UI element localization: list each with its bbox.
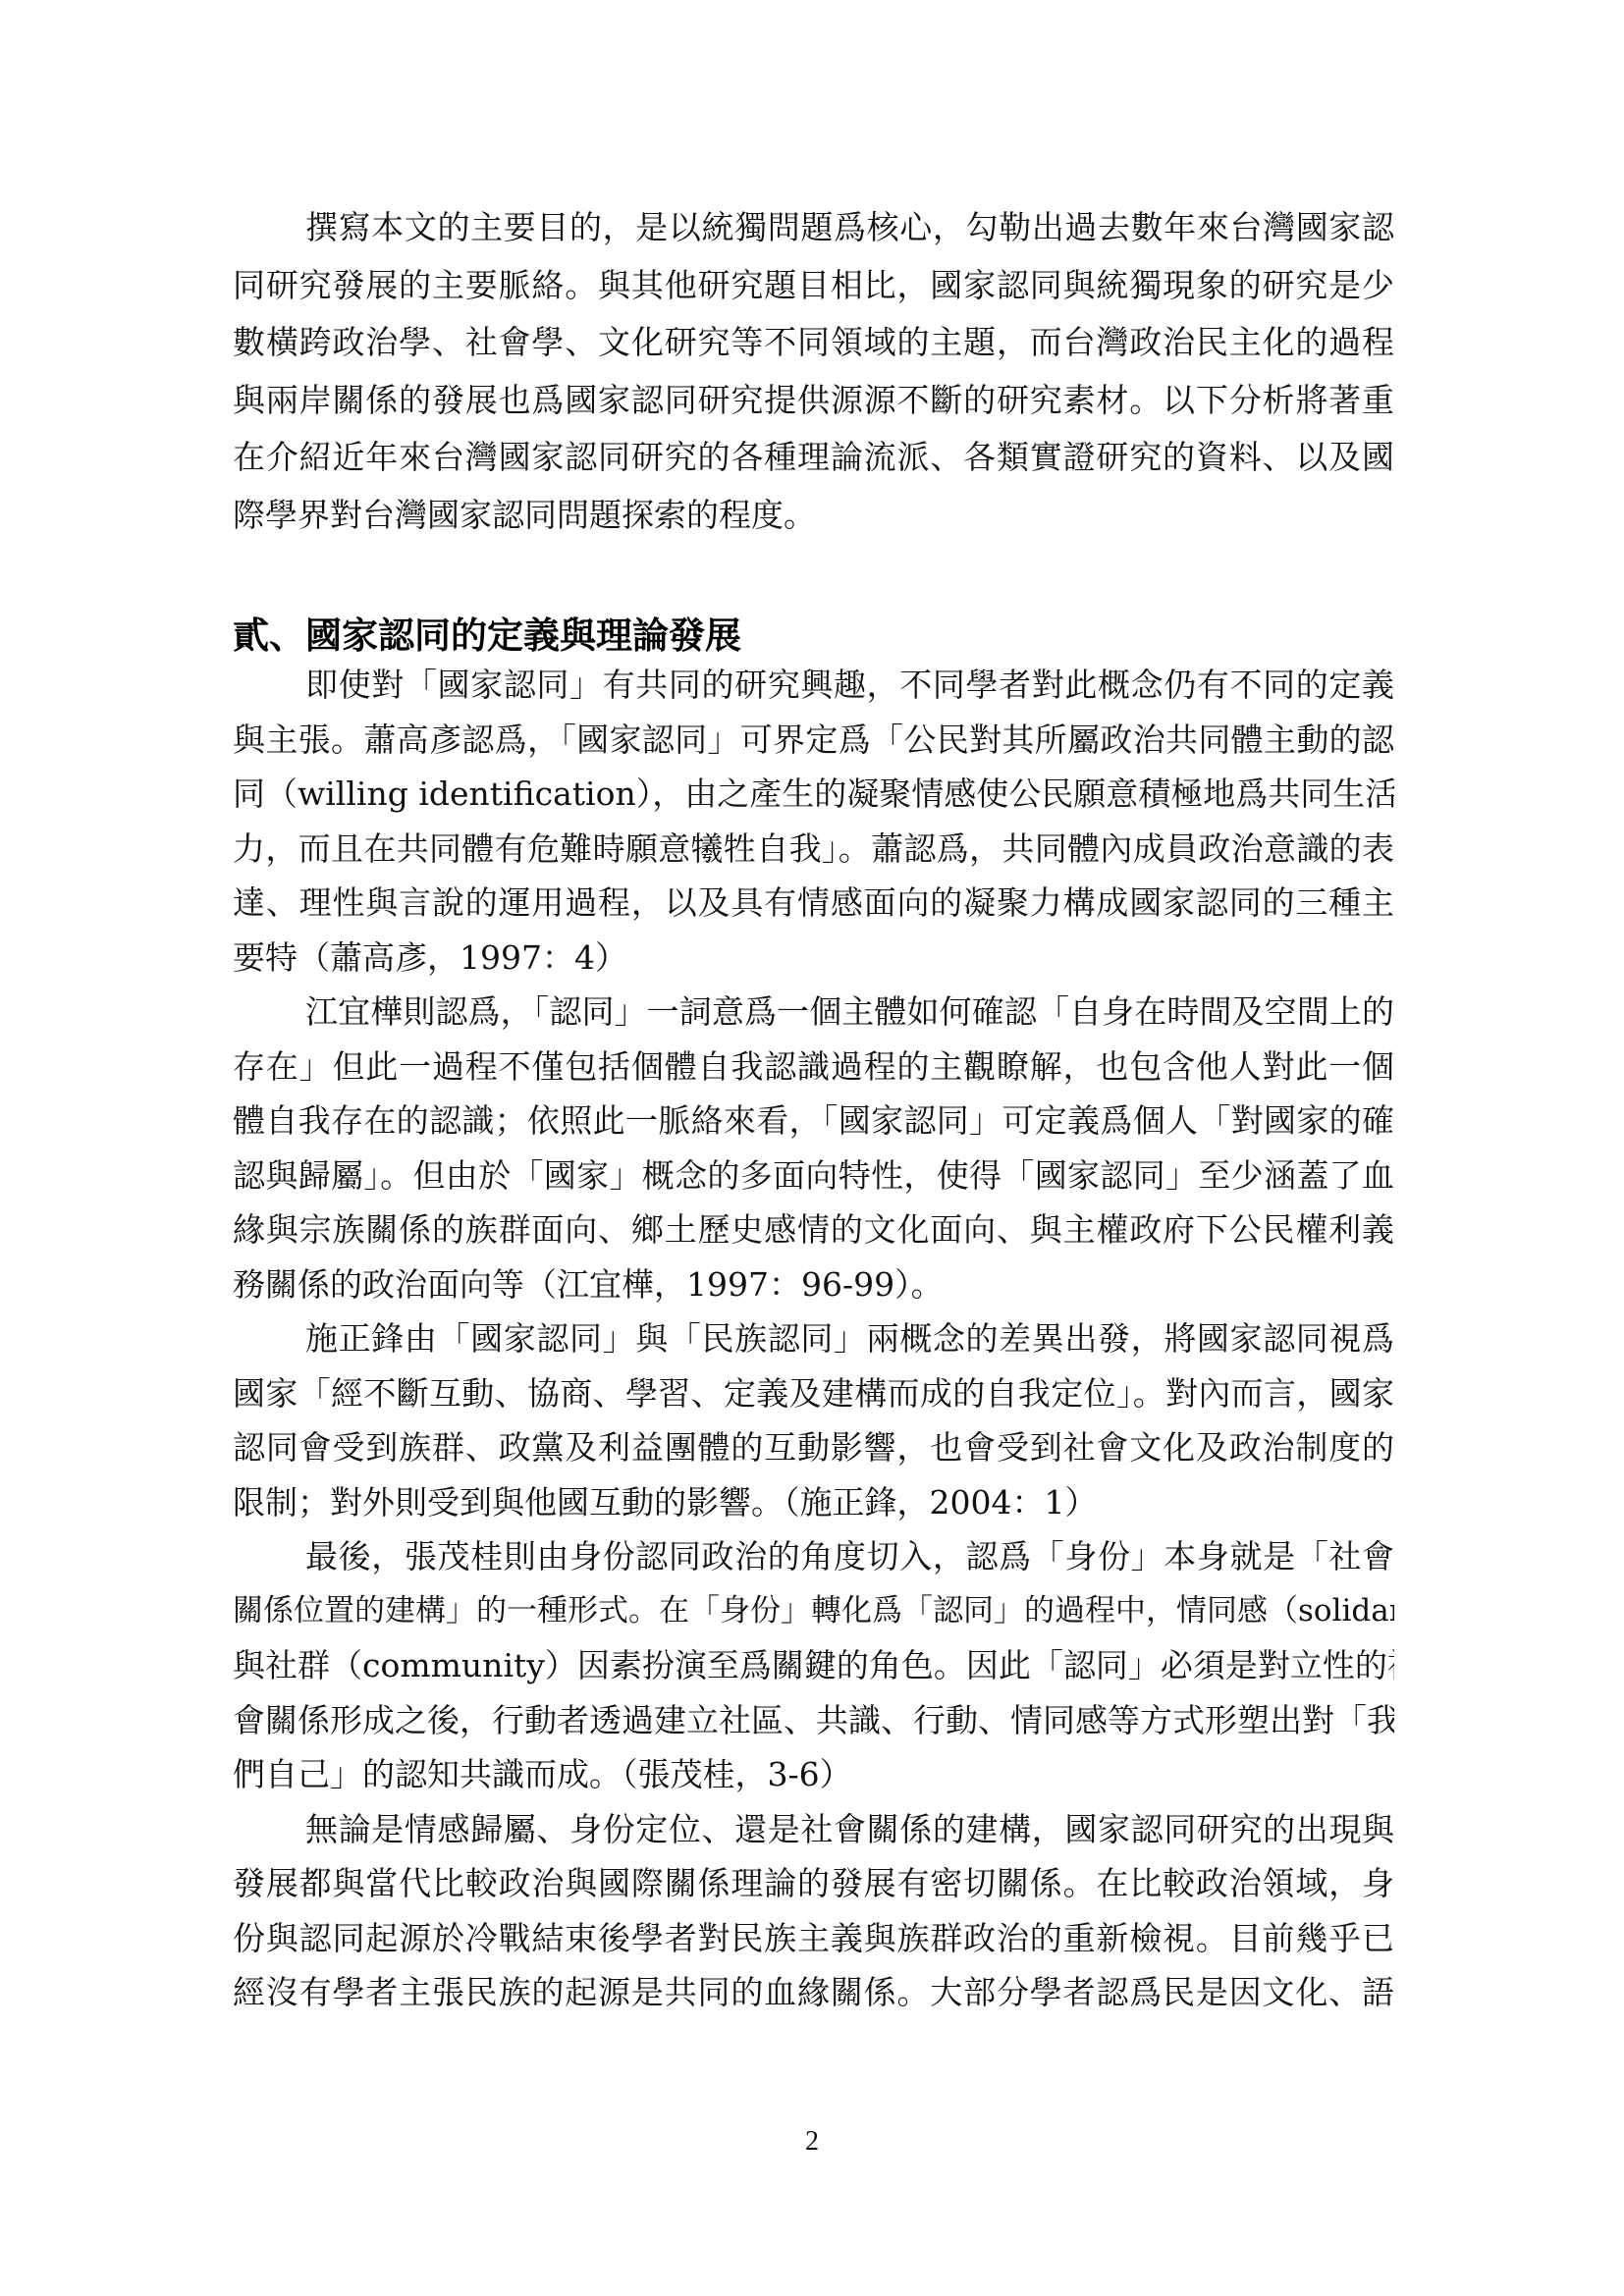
paragraph-line: 關係位置的建構」的一種形式。在「身份」轉化爲「認同」的過程中，情同感（solid…: [233, 1584, 1394, 1639]
paragraph-line: 要特（蕭高彥，1997：4）: [233, 931, 1394, 986]
paragraph-line: 經沒有學者主張民族的起源是共同的血緣關係。大部分學者認爲民是因文化、語: [233, 1965, 1394, 2020]
document-page: 撰寫本文的主要目的，是以統獨問題爲核心，勾勒出過去數年來台灣國家認 同研究發展的…: [0, 0, 1624, 2296]
section-heading: 貳、國家認同的定義與理論發展: [233, 611, 741, 662]
paragraph-line: 同研究發展的主要脈絡。與其他研究題目相比，國家認同與統獨現象的研究是少: [233, 257, 1394, 315]
paragraph-line: 撰寫本文的主要目的，是以統獨問題爲核心，勾勒出過去數年來台灣國家認: [233, 199, 1394, 257]
paragraph-line: 限制；對外則受到與他國互動的影響。（施正鋒，2004：1）: [233, 1475, 1394, 1530]
paragraph-line: 無論是情感歸屬、身份定位、還是社會關係的建構，國家認同研究的出現與: [233, 1802, 1394, 1857]
paragraph-line: 達、理性與言說的運用過程，以及具有情感面向的凝聚力構成國家認同的三種主: [233, 876, 1394, 931]
paragraph-line: 發展都與當代比較政治與國際關係理論的發展有密切關係。在比較政治領域，身: [233, 1856, 1394, 1911]
paragraph-line: 們自己」的認知共識而成。（張茂桂，3-6）: [233, 1747, 1394, 1802]
paragraph-line: 會關係形成之後，行動者透過建立社區、共識、行動、情同感等方式形塑出對「我: [233, 1693, 1394, 1748]
paragraph-line: 即使對「國家認同」有共同的研究興趣，不同學者對此概念仍有不同的定義: [233, 658, 1394, 713]
paragraph-line: 份與認同起源於冷戰結束後學者對民族主義與族群政治的重新檢視。目前幾乎已: [233, 1911, 1394, 1966]
paragraph-line: 在介紹近年來台灣國家認同研究的各種理論流派、各類實證研究的資料、以及國: [233, 429, 1394, 487]
paragraph-line: 體自我存在的認識；依照此一脈絡來看，「國家認同」可定義爲個人「對國家的確: [233, 1094, 1394, 1148]
paragraph-line: 認同會受到族群、政黨及利益團體的互動影響，也會受到社會文化及政治制度的: [233, 1420, 1394, 1475]
paragraph-line: 存在」但此一過程不僅包括個體自我認識過程的主觀瞭解，也包含他人對此一個: [233, 1040, 1394, 1095]
paragraph-line: 江宜樺則認爲，「認同」一詞意爲一個主體如何確認「自身在時間及空間上的: [233, 985, 1394, 1040]
intro-paragraph: 撰寫本文的主要目的，是以統獨問題爲核心，勾勒出過去數年來台灣國家認 同研究發展的…: [233, 199, 1394, 545]
paragraph-line: 力，而且在共同體有危難時願意犧牲自我」。蕭認爲，共同體內成員政治意識的表: [233, 822, 1394, 877]
paragraph-line: 認與歸屬」。但由於「國家」概念的多面向特性，使得「國家認同」至少涵蓋了血: [233, 1148, 1394, 1203]
paragraph-line: 際學界對台灣國家認同問題探索的程度。: [233, 487, 1394, 545]
paragraph-line: 與兩岸關係的發展也爲國家認同研究提供源源不斷的研究素材。以下分析將著重: [233, 372, 1394, 430]
paragraph-line: 與社群（community）因素扮演至爲關鍵的角色。因此「認同」必須是對立性的社: [233, 1638, 1394, 1693]
paragraph-line: 同（willing identification），由之產生的凝聚情感使公民願意…: [233, 767, 1394, 822]
paragraph-line: 數橫跨政治學、社會學、文化研究等不同領域的主題，而台灣政治民主化的過程: [233, 314, 1394, 372]
paragraph-line: 緣與宗族關係的族群面向、鄉土歷史感情的文化面向、與主權政府下公民權利義: [233, 1202, 1394, 1257]
page-number: 2: [0, 2124, 1624, 2160]
paragraph-line: 施正鋒由「國家認同」與「民族認同」兩概念的差異出發，將國家認同視爲: [233, 1311, 1394, 1366]
section-body: 即使對「國家認同」有共同的研究興趣，不同學者對此概念仍有不同的定義 與主張。蕭高…: [233, 658, 1394, 2020]
paragraph-line: 最後，張茂桂則由身份認同政治的角度切入，認爲「身份」本身就是「社會: [233, 1529, 1394, 1584]
paragraph-line: 國家「經不斷互動、協商、學習、定義及建構而成的自我定位」。對內而言，國家: [233, 1366, 1394, 1421]
paragraph-line: 務關係的政治面向等（江宜樺，1997：96-99）。: [233, 1257, 1394, 1312]
paragraph-line: 與主張。蕭高彥認爲，「國家認同」可界定爲「公民對其所屬政治共同體主動的認: [233, 713, 1394, 768]
